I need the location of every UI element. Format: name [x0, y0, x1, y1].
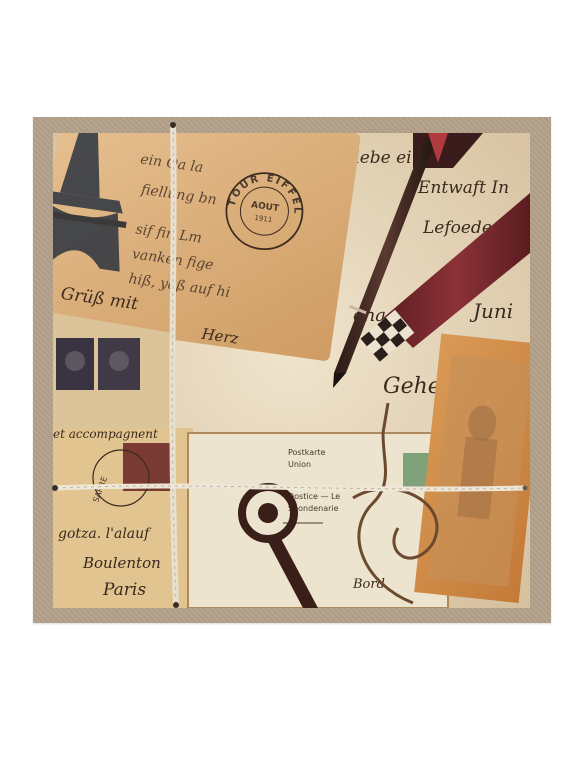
vertical-twine: [172, 125, 176, 605]
twine-hole-bottom: [173, 602, 179, 608]
twine-wrap: [0, 0, 580, 773]
horizontal-twine: [56, 486, 525, 489]
twine-hole-right: [523, 486, 528, 491]
twine-hole-left: [52, 485, 58, 491]
twine-hole-top: [170, 122, 176, 128]
